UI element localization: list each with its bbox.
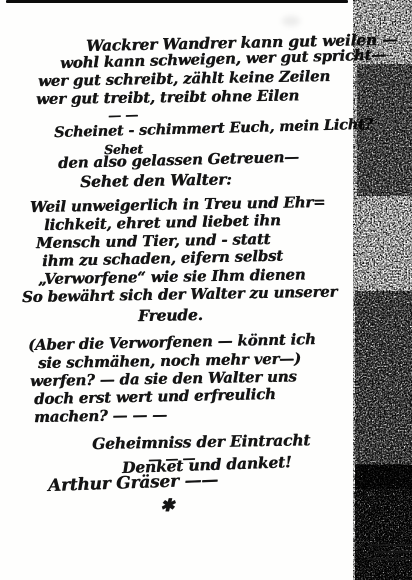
scan-smudge [282, 16, 300, 26]
hand-drawn-star: ✱ [160, 498, 370, 516]
signature: Arthur Gräser —— [48, 467, 371, 498]
scanned-manuscript-page: Wackrer Wandrer kann gut weilen —wohl ka… [0, 0, 412, 580]
handwritten-text-block: Wackrer Wandrer kann gut weilen —wohl ka… [0, 38, 370, 516]
manuscript-line: machen? — — — [34, 404, 370, 428]
manuscript-line: Sehet den Walter: [80, 169, 370, 192]
manuscript-line: Freude. [138, 304, 370, 328]
scan-edge-artifact [6, 0, 348, 3]
